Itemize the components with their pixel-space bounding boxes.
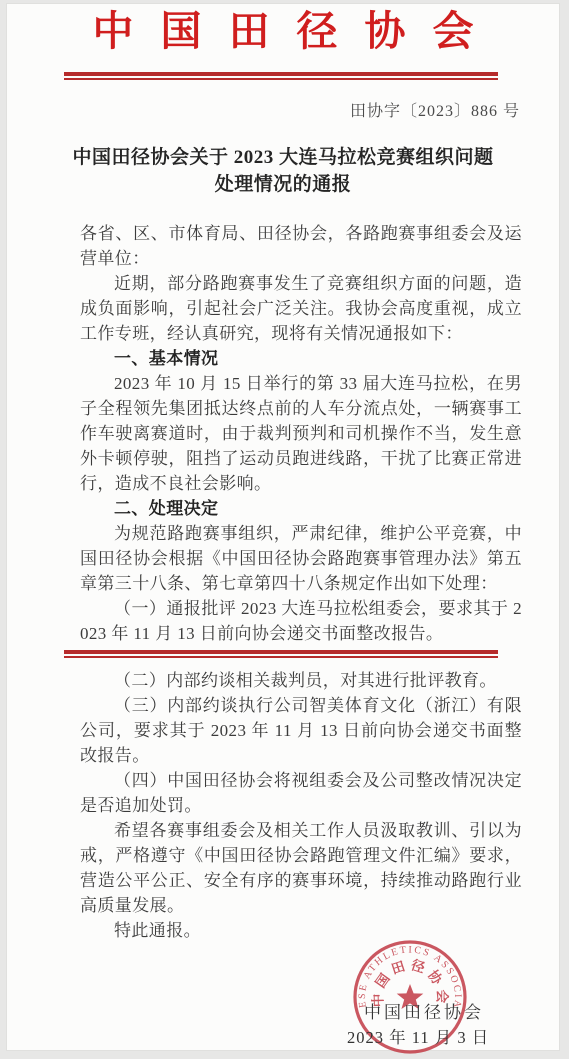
section2-intro-paragraph: 为规范路跑赛事组织，严肃纪律，维护公平竞赛，中国田径协会根据《中国田径协会路跑赛… (80, 521, 522, 596)
signature-date: 2023 年 11 月 3 日 (347, 1024, 489, 1048)
document-body: 各省、区、市体育局、田径协会，各路跑赛事组委会及运营单位： 近期，部分路跑赛事发… (80, 221, 522, 943)
letterhead-org-name: 中国田径协会 (7, 6, 559, 56)
letterhead-divider-line (64, 72, 498, 80)
document-title-line2: 处理情况的通报 (7, 171, 559, 198)
closing-paragraph: 希望各赛事组委会及相关工作人员汲取教训、引以为戒，严格遵守《中国田径协会路跑管理… (80, 818, 522, 918)
document-title: 中国田径协会关于 2023 大连马拉松竞赛组织问题 处理情况的通报 (7, 144, 559, 198)
section1-heading: 一、基本情况 (80, 346, 522, 371)
decision-item-3: （三）内部约谈执行公司智美体育文化（浙江）有限公司，要求其于 2023 年 11… (80, 693, 522, 768)
page-stitch-divider-line (64, 650, 498, 658)
decision-item-2: （二）内部约谈相关裁判员，对其进行批评教育。 (80, 668, 522, 693)
document-page: 中国田径协会 田协字〔2023〕886 号 中国田径协会关于 2023 大连马拉… (7, 4, 559, 1050)
document-number: 田协字〔2023〕886 号 (350, 98, 520, 121)
decision-item-4: （四）中国田径协会将视组委会及公司整改情况决定是否追加处罚。 (80, 768, 522, 818)
paragraph-intro: 近期，部分路跑赛事发生了竞赛组织方面的问题，造成负面影响，引起社会广泛关注。我协… (80, 271, 522, 346)
salutation: 各省、区、市体育局、田径协会，各路跑赛事组委会及运营单位： (80, 221, 522, 271)
decision-item-1: （一）通报批评 2023 大连马拉松组委会，要求其于 2023 年 11 月 1… (80, 596, 522, 646)
section2-heading: 二、处理决定 (80, 496, 522, 521)
document-title-line1: 中国田径协会关于 2023 大连马拉松竞赛组织问题 (7, 144, 559, 171)
section1-paragraph: 2023 年 10 月 15 日举行的第 33 届大连马拉松，在男子全程领先集团… (80, 371, 522, 496)
signature-org-name: 中国田径协会 (364, 998, 484, 1023)
scanned-document: 中国田径协会 田协字〔2023〕886 号 中国田径协会关于 2023 大连马拉… (0, 0, 569, 1059)
